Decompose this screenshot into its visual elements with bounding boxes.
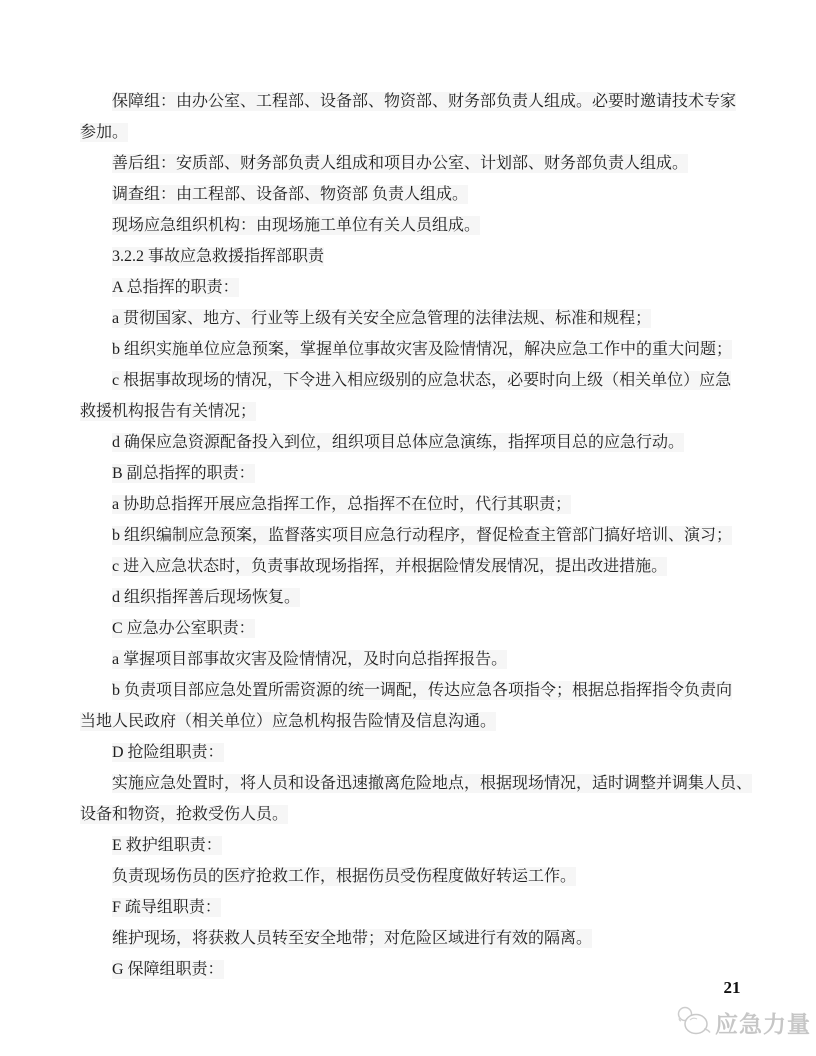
text-line: a 掌握项目部事故灾害及险情情况，及时向总指挥报告。 — [80, 644, 770, 675]
text-line: F 疏导组职责： — [80, 892, 770, 923]
text-line-content: b 组织实施单位应急预案，掌握单位事故灾害及险情情况，解决应急工作中的重大问题； — [112, 340, 732, 359]
text-line: C 应急办公室职责： — [80, 613, 770, 644]
watermark: 应急力量 — [676, 1003, 811, 1041]
text-line-content: 维护现场，将获救人员转至安全地带；对危险区域进行有效的隔离。 — [112, 929, 592, 948]
text-line-content: c 根据事故现场的情况，下令进入相应级别的应急状态，必要时向上级（相关单位）应急 — [112, 371, 731, 390]
text-line: 调查组：由工程部、设备部、物资部 负责人组成。 — [80, 179, 770, 210]
text-line-content: a 协助总指挥开展应急指挥工作，总指挥不在位时，代行其职责； — [112, 495, 571, 514]
text-line: 善后组：安质部、财务部负责人组成和项目办公室、计划部、财务部负责人组成。 — [80, 148, 770, 179]
text-line: 负责现场伤员的医疗抢救工作，根据伤员受伤程度做好转运工作。 — [80, 861, 770, 892]
text-line-content: 调查组：由工程部、设备部、物资部 负责人组成。 — [112, 185, 468, 204]
text-line: G 保障组职责： — [80, 954, 770, 985]
text-line-content: B 副总指挥的职责： — [112, 464, 255, 483]
text-line: d 组织指挥善后现场恢复。 — [80, 582, 770, 613]
text-line: b 组织实施单位应急预案，掌握单位事故灾害及险情情况，解决应急工作中的重大问题； — [80, 334, 770, 365]
text-line: A 总指挥的职责： — [80, 272, 770, 303]
text-line-content: 救援机构报告有关情况； — [80, 402, 256, 421]
text-line-content: E 救护组职责： — [112, 836, 222, 855]
text-line-content: c 进入应急状态时，负责事故现场指挥，并根据险情发展情况，提出改进措施。 — [112, 557, 667, 576]
text-line-content: 现场应急组织机构：由现场施工单位有关人员组成。 — [112, 216, 480, 235]
text-line: 救援机构报告有关情况； — [80, 396, 770, 427]
text-line-content: 3.2.2 事故应急救援指挥部职责 — [112, 247, 324, 266]
text-line-content: b 组织编制应急预案，监督落实项目应急行动程序，督促检查主管部门搞好培训、演习； — [112, 526, 732, 545]
text-line: B 副总指挥的职责： — [80, 458, 770, 489]
text-line: 参加。 — [80, 117, 770, 148]
page-number: 21 — [712, 978, 752, 998]
text-line-content: 负责现场伤员的医疗抢救工作，根据伤员受伤程度做好转运工作。 — [112, 867, 576, 886]
text-line-content: 实施应急处置时，将人员和设备迅速撤离危险地点，根据现场情况，适时调整并调集人员、 — [112, 774, 752, 793]
text-line: D 抢险组职责： — [80, 737, 770, 768]
text-line-content: 当地人民政府（相关单位）应急机构报告险情及信息沟通。 — [80, 712, 496, 731]
text-line: 实施应急处置时，将人员和设备迅速撤离危险地点，根据现场情况，适时调整并调集人员、 — [80, 768, 770, 799]
text-line-content: a 掌握项目部事故灾害及险情情况，及时向总指挥报告。 — [112, 650, 507, 669]
document-body: 保障组：由办公室、工程部、设备部、物资部、财务部负责人组成。必要时邀请技术专家参… — [80, 86, 770, 985]
text-line: b 负责项目部应急处置所需资源的统一调配，传达应急各项指令；根据总指挥指令负责向 — [80, 675, 770, 706]
text-line: 现场应急组织机构：由现场施工单位有关人员组成。 — [80, 210, 770, 241]
text-line-content: d 组织指挥善后现场恢复。 — [112, 588, 300, 607]
text-line: c 进入应急状态时，负责事故现场指挥，并根据险情发展情况，提出改进措施。 — [80, 551, 770, 582]
text-line: b 组织编制应急预案，监督落实项目应急行动程序，督促检查主管部门搞好培训、演习； — [80, 520, 770, 551]
section-heading: 3.2.2 事故应急救援指挥部职责 — [80, 241, 770, 272]
text-line: 设备和物资，抢救受伤人员。 — [80, 799, 770, 830]
document-page: 保障组：由办公室、工程部、设备部、物资部、财务部负责人组成。必要时邀请技术专家参… — [0, 0, 816, 1056]
text-line: d 确保应急资源配备投入到位，组织项目总体应急演练，指挥项目总的应急行动。 — [80, 427, 770, 458]
text-line-content: C 应急办公室职责： — [112, 619, 255, 638]
text-line-content: 参加。 — [80, 123, 128, 142]
text-line: c 根据事故现场的情况，下令进入相应级别的应急状态，必要时向上级（相关单位）应急 — [80, 365, 770, 396]
text-line: 当地人民政府（相关单位）应急机构报告险情及信息沟通。 — [80, 706, 770, 737]
text-line: 保障组：由办公室、工程部、设备部、物资部、财务部负责人组成。必要时邀请技术专家 — [80, 86, 770, 117]
text-line: E 救护组职责： — [80, 830, 770, 861]
text-line: a 贯彻国家、地方、行业等上级有关安全应急管理的法律法规、标准和规程； — [80, 303, 770, 334]
text-line-content: b 负责项目部应急处置所需资源的统一调配，传达应急各项指令；根据总指挥指令负责向 — [112, 681, 732, 700]
text-line-content: A 总指挥的职责： — [112, 278, 239, 297]
watermark-logo-icon — [676, 1003, 712, 1041]
text-line-content: 设备和物资，抢救受伤人员。 — [80, 805, 288, 824]
text-line: 维护现场，将获救人员转至安全地带；对危险区域进行有效的隔离。 — [80, 923, 770, 954]
text-line-content: G 保障组职责： — [112, 960, 224, 979]
text-line-content: a 贯彻国家、地方、行业等上级有关安全应急管理的法律法规、标准和规程； — [112, 309, 651, 328]
text-line-content: 保障组：由办公室、工程部、设备部、物资部、财务部负责人组成。必要时邀请技术专家 — [112, 92, 736, 111]
watermark-text: 应急力量 — [715, 1006, 811, 1039]
text-line-content: 善后组：安质部、财务部负责人组成和项目办公室、计划部、财务部负责人组成。 — [112, 154, 688, 173]
text-line-content: D 抢险组职责： — [112, 743, 224, 762]
text-line: a 协助总指挥开展应急指挥工作，总指挥不在位时，代行其职责； — [80, 489, 770, 520]
text-line-content: d 确保应急资源配备投入到位，组织项目总体应急演练，指挥项目总的应急行动。 — [112, 433, 684, 452]
text-line-content: F 疏导组职责： — [112, 898, 221, 917]
